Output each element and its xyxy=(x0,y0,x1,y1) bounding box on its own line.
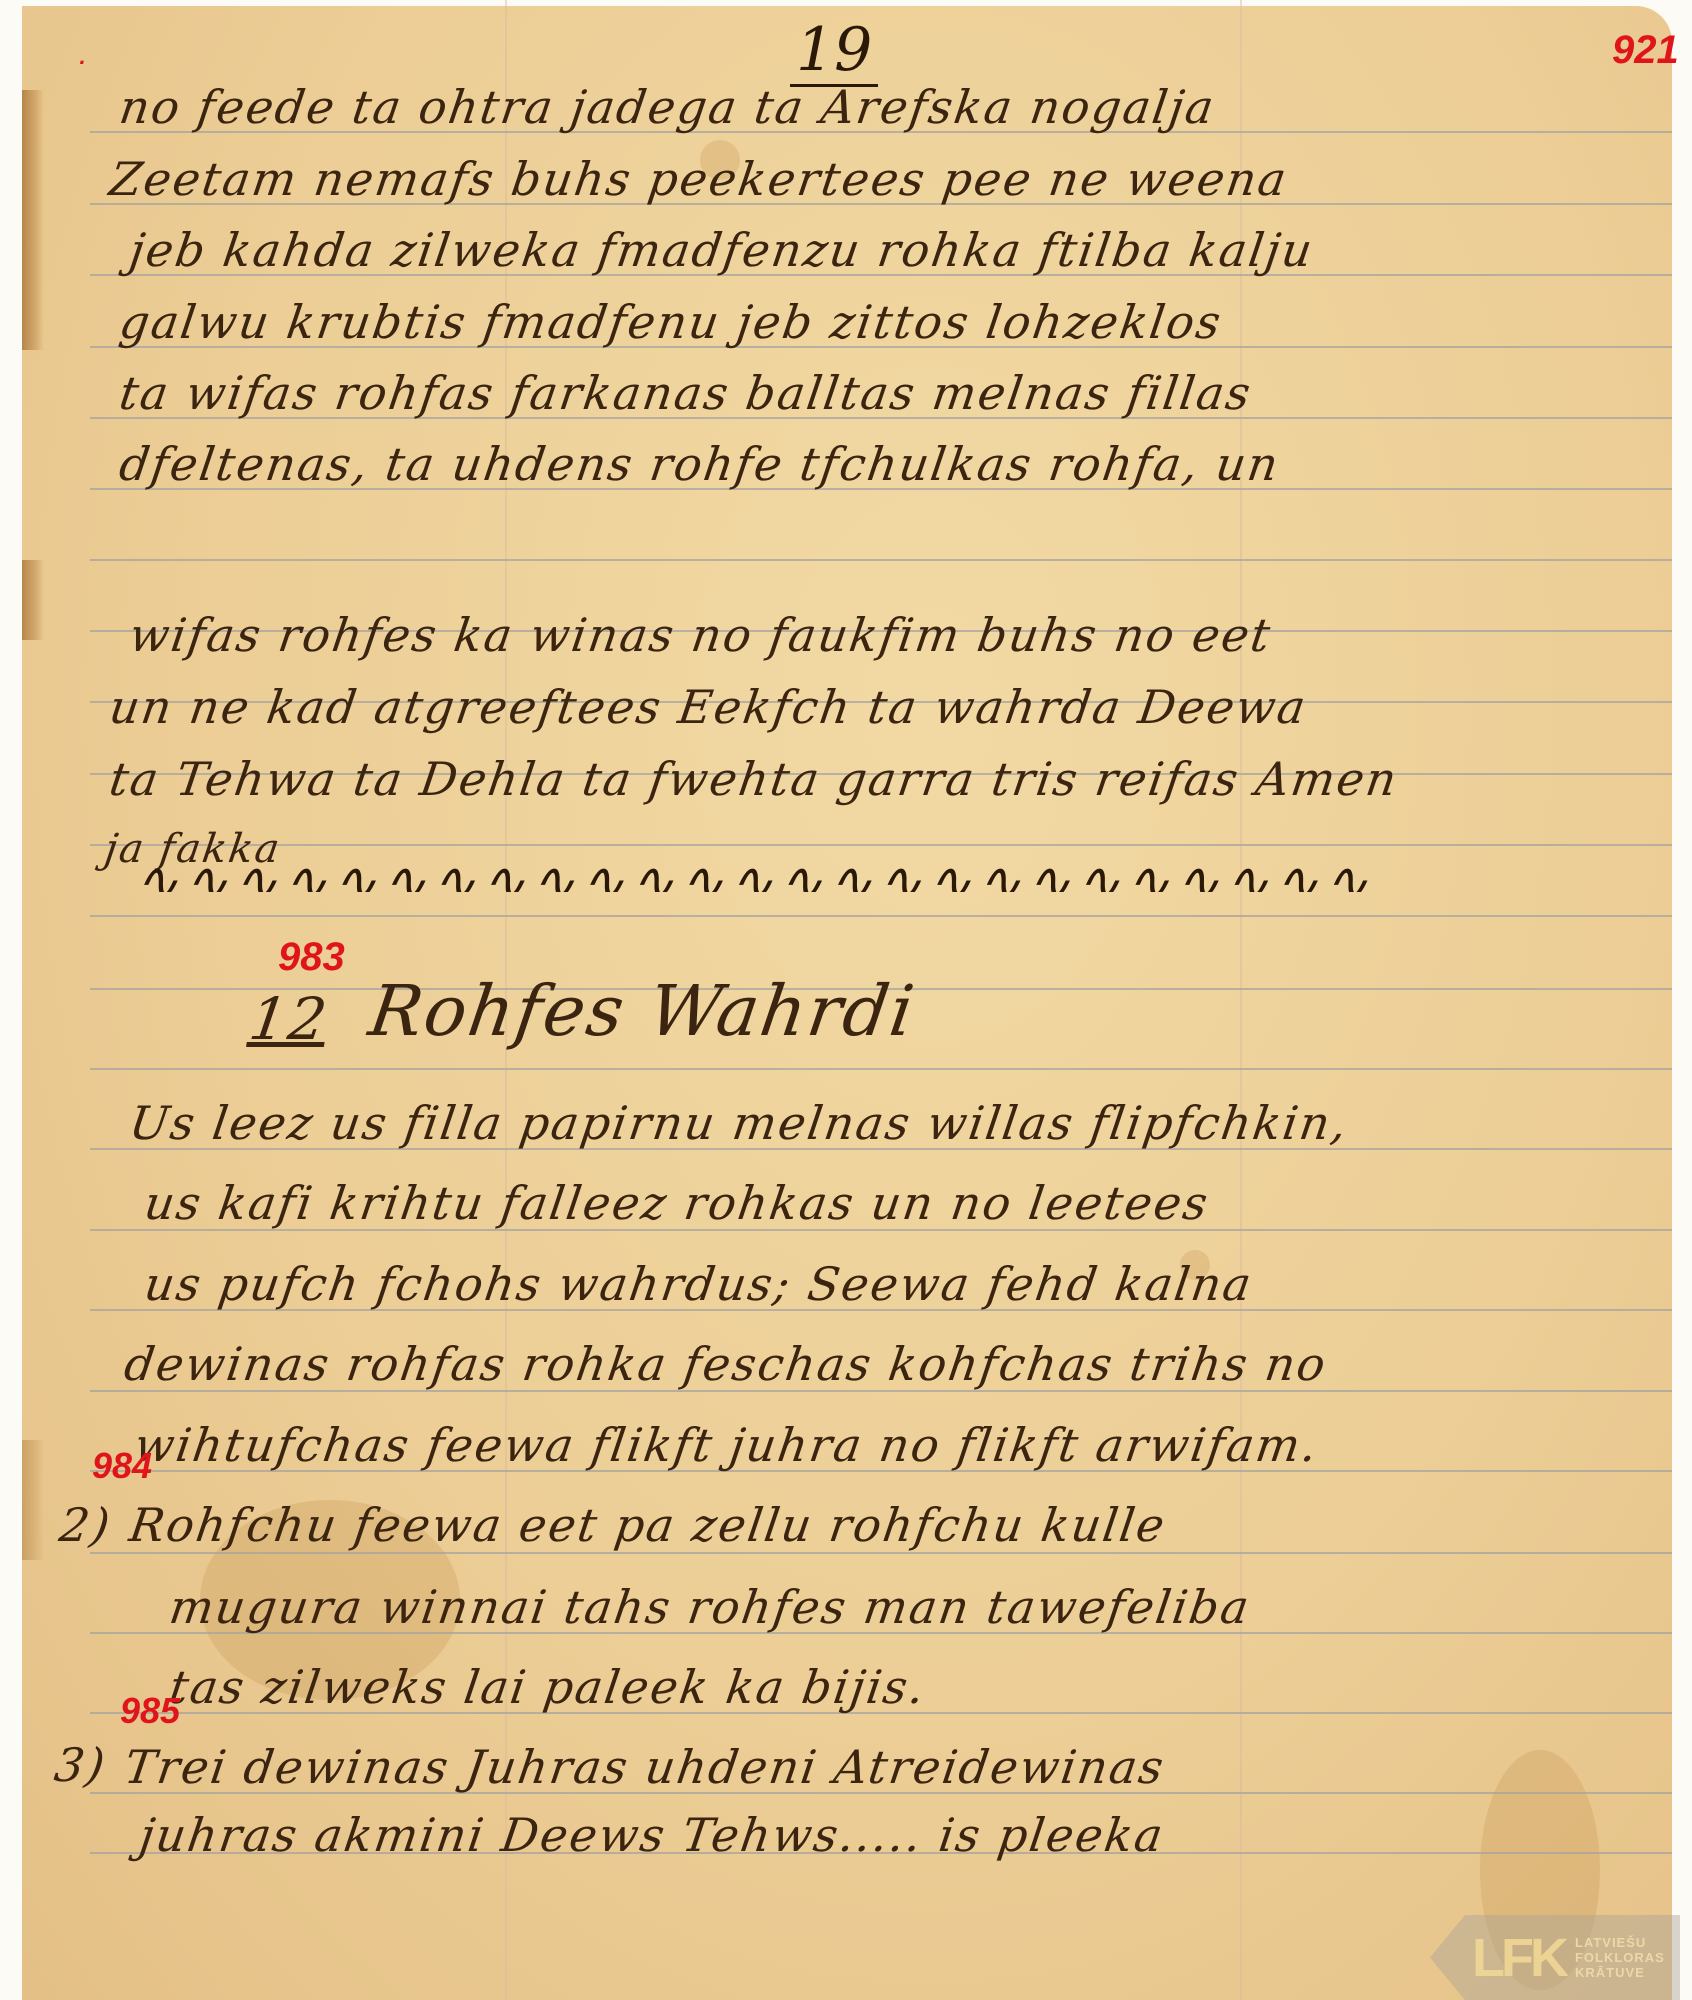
item-marker: 2) xyxy=(56,1498,115,1552)
ruled-line xyxy=(90,844,1672,846)
text-line: jeb kahda zilweka fmadfenzu rohka ftilba… xyxy=(126,223,1317,277)
text-line: juhras akmini Deews Tehws..... is pleeka xyxy=(136,1808,1168,1862)
text-line: Rohfchu feewa eet pa zellu rohfchu kulle xyxy=(126,1498,1169,1552)
edge-stain xyxy=(22,90,44,350)
section-archive-number: 983 xyxy=(278,935,345,980)
page-number: 19 xyxy=(790,20,878,87)
text-line: no feede ta ohtra jadega ta Arefska noga… xyxy=(116,80,1219,134)
ruled-line xyxy=(90,559,1672,561)
watermark-line: LATVIEŠU xyxy=(1575,1935,1665,1950)
text-line: dfeltenas, ta uhdens rohfe tfchulkas roh… xyxy=(116,437,1283,491)
watermark-text: LATVIEŠU FOLKLORAS KRĀTUVE xyxy=(1575,1935,1665,1980)
text-line: Trei dewinas Juhras uhdeni Atreidewinas xyxy=(121,1740,1168,1794)
text-line: Us leez us filla papirnu melnas willas f… xyxy=(126,1096,1352,1150)
section-title: Rohfes Wahrdi xyxy=(364,970,920,1052)
item-archive-number: 984 xyxy=(92,1445,152,1487)
margin-line xyxy=(1240,0,1242,2000)
item-archive-number: 985 xyxy=(120,1690,180,1732)
text-line: un ne kad atgreeftees Eekfch ta wahrda D… xyxy=(106,680,1311,734)
section-number: 12 xyxy=(245,985,332,1053)
edge-stain xyxy=(22,1440,44,1560)
text-line: tas zilweks lai paleek ka bijis. xyxy=(166,1660,929,1714)
lfk-logo-icon: LFK xyxy=(1472,1927,1565,1989)
ruled-line xyxy=(90,915,1672,917)
text-line: ta wifas rohfas farkanas balltas melnas … xyxy=(116,366,1255,420)
archive-number: 921 xyxy=(1612,28,1679,73)
corner-mark: · xyxy=(78,50,85,76)
section-divider-flourish: ∿∿∿∿∿∿∿∿∿∿∿∿∿∿∿∿∿∿∿∿∿∿∿∿∿ xyxy=(135,852,1655,892)
ruled-line xyxy=(90,1068,1672,1070)
watermark-line: FOLKLORAS xyxy=(1575,1950,1665,1965)
text-line: us kafi krihtu falleez rohkas un no leet… xyxy=(141,1176,1213,1230)
ruled-line xyxy=(90,1552,1672,1554)
item-marker: 3) xyxy=(51,1738,110,1792)
text-line: galwu krubtis fmadfenu jeb zittos lohzek… xyxy=(116,295,1226,349)
lfk-watermark: LFK LATVIEŠU FOLKLORAS KRĀTUVE xyxy=(1430,1915,1680,2000)
text-line: dewinas rohfas rohka feschas kohfchas tr… xyxy=(121,1337,1330,1391)
text-line: us pufch fchohs wahrdus; Seewa fehd kaln… xyxy=(141,1257,1256,1311)
text-line: ta Tehwa ta Dehla ta fwehta garra tris r… xyxy=(106,752,1401,806)
text-line: mugura winnai tahs rohfes man tawefeliba xyxy=(166,1580,1254,1634)
watermark-line: KRĀTUVE xyxy=(1575,1965,1665,1980)
text-line: Zeetam nemafs buhs peekertees pee ne wee… xyxy=(106,152,1291,206)
text-line: wifas rohfes ka winas no faukfim buhs no… xyxy=(126,608,1275,662)
edge-stain xyxy=(22,560,44,640)
text-line: wihtufchas feewa flikft juhra no flikft … xyxy=(131,1418,1322,1472)
